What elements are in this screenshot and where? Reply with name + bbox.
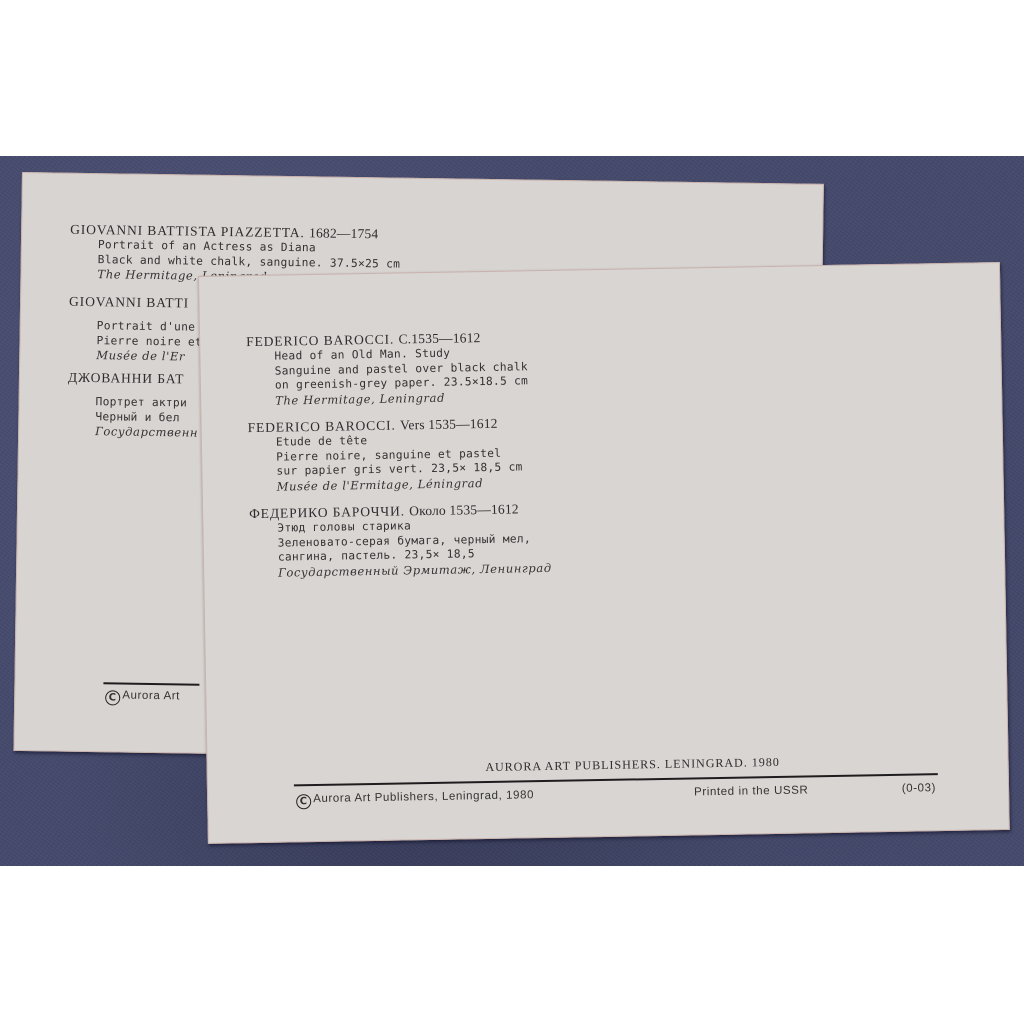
postcard-front-barocci: FEDERICO BAROCCI. C.1535—1612 Head of an… (198, 262, 1010, 844)
footer-code: (0-03) (902, 782, 936, 795)
caption-french: GIOVANNI BATTI Portrait d'une Pierre noi… (68, 294, 203, 364)
caption-russian: ДЖОВАННИ БАТ Портрет актри Черный и бел … (67, 370, 199, 440)
caption-russian: ФЕДЕРИКО БАРОЧЧИ. Около 1535—1612 Этюд г… (249, 501, 552, 580)
footer-copyright: CAurora Art (105, 689, 180, 706)
caption-english: FEDERICO BAROCCI. C.1535—1612 Head of an… (246, 329, 529, 408)
copyright-icon: C (296, 794, 311, 809)
artist-heading: ДЖОВАННИ БАТ (68, 370, 199, 388)
artwork-location: Государственн (67, 424, 198, 440)
footer-printed: Printed in the USSR (694, 784, 809, 798)
artist-heading: GIOVANNI BATTI (69, 294, 203, 312)
copyright-icon: C (105, 690, 120, 705)
caption-french: FEDERICO BAROCCI. Vers 1535—1612 Etude d… (248, 415, 523, 494)
footer-copyright: CAurora Art Publishers, Leningrad, 1980 (296, 789, 534, 809)
footer-divider (103, 682, 199, 685)
artwork-location: Musée de l'Er (68, 348, 202, 364)
